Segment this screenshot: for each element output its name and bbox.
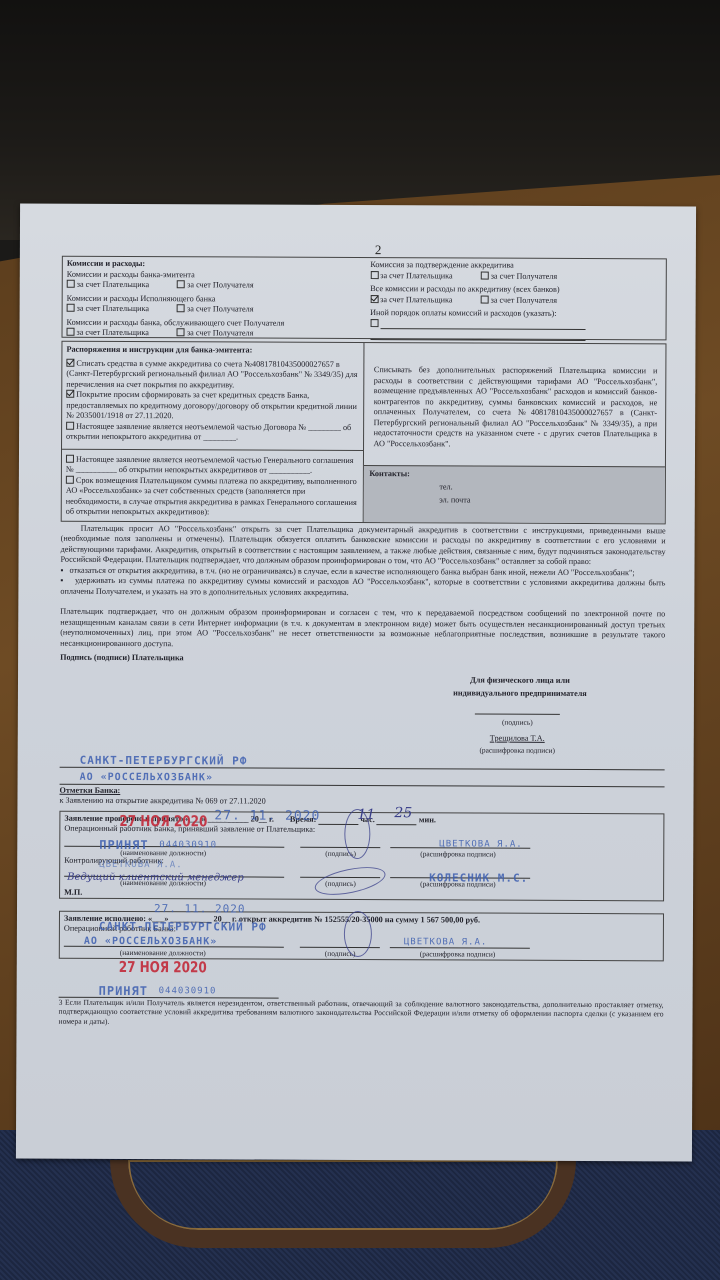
branch-stamp2-line2: АО «РОССЕЛЬХОЗБАНК»	[84, 935, 217, 948]
page-number: 2	[375, 242, 382, 258]
document-content: Комиссии и расходы: Комиссии и расходы б…	[58, 256, 666, 1029]
minutes-label: мин.	[419, 815, 436, 824]
name-stamp-faint: ЦВЕТКОВА Я.А.	[99, 859, 183, 871]
option-label: за счет Плательщика	[77, 328, 149, 337]
commissions-left: Комиссии и расходы: Комиссии и расходы б…	[67, 259, 365, 336]
instruction-text: Настоящее заявление является неотъемлемо…	[66, 421, 351, 441]
checkbox-recipient-bank-recipient[interactable]	[177, 328, 185, 336]
checkbox-instruction-1[interactable]	[66, 358, 74, 366]
operator2-name-stamp: ЦВЕТКОВА Я.А.	[404, 937, 488, 949]
bank-marks-section: Отметки Банка: к Заявлению на открытие а…	[58, 785, 664, 1029]
individual-signature-block: Для физического лица или индивидуального…	[60, 663, 665, 761]
option-label: за счет Получателя	[491, 271, 557, 280]
name-caption: (расшифровка подписи)	[420, 949, 495, 959]
handwritten-date-executed: 27. 11. 2020	[154, 902, 246, 916]
individual-title-line: индивидуального предпринимателя	[450, 688, 590, 699]
auto-debit-text: Списывать без дополнительных распоряжени…	[363, 343, 665, 466]
checkbox-instruction-3[interactable]	[66, 421, 74, 429]
instruction-item-4: Настоящее заявление является неотъемлемо…	[62, 448, 363, 476]
confirmation-paragraph: Плательщик подтверждает, что он должным …	[60, 607, 665, 652]
contacts-title: Контакты:	[369, 469, 659, 481]
branch-stamp2-line1: САНКТ-ПЕТЕРБУРГСКИЙ РФ	[99, 919, 267, 934]
individual-signature-caption: (подпись)	[475, 717, 560, 727]
all-banks-commission: Все комиссии и расходы по аккредитиву (в…	[370, 284, 662, 306]
instruction-item-2: Покрытие просим сформировать за счет кре…	[66, 390, 359, 423]
payer-name-caption: (расшифровка подписи)	[460, 745, 575, 755]
footnote: 3 Если Плательщик и/или Получатель являе…	[58, 997, 663, 1029]
branch-stamp-line1: САНКТ-ПЕТЕРБУРГСКИЙ РФ	[80, 753, 248, 768]
checkbox-issuer-recipient[interactable]	[177, 280, 185, 288]
checkbox-all-banks-recipient[interactable]	[481, 295, 489, 303]
seal-label: М.П.	[64, 887, 82, 898]
bik-stamp-2: 044030910	[159, 986, 217, 998]
individual-title: Для физического лица или индивидуального…	[450, 675, 590, 700]
option-label: за счет Плательщика	[77, 280, 149, 289]
instruction-item-3: Настоящее заявление является неотъемлемо…	[66, 421, 359, 443]
instruction-text: Покрытие просим сформировать за счет кре…	[66, 390, 357, 420]
date-stamp-red: 27 НОЯ 2020	[119, 811, 207, 831]
instruction-text: Списать средства в сумме аккредитива со …	[66, 358, 357, 389]
instruction-text: Срок возмещения Плательщиком суммы плате…	[66, 475, 357, 516]
rights-item-text: отказаться от открытия аккредитива, в т.…	[70, 565, 635, 576]
payer-name: Трещилова Т.А.	[460, 733, 575, 744]
instruction-text: Настоящее заявление является неотъемлемо…	[66, 454, 354, 475]
executing-commission: Комиссии и расходы Исполняющего банка за…	[67, 293, 365, 315]
request-paragraph: Плательщик просит АО "Россельхозбанк" от…	[61, 523, 666, 568]
checkbox-other-commission[interactable]	[370, 319, 378, 327]
option-label: за счет Плательщика	[77, 304, 149, 313]
recipient-bank-commission: Комиссии и расходы банка, обслуживающего…	[66, 317, 364, 339]
accepted-stamp-2: ПРИНЯТ	[99, 983, 148, 999]
instruction-item-1: Списать средства в сумме аккредитива со …	[66, 358, 359, 391]
checkbox-instruction-4[interactable]	[66, 454, 74, 462]
instruction-item-5: Срок возмещения Плательщиком суммы плате…	[66, 475, 359, 518]
rights-item-text: удерживать из суммы платежа по аккредити…	[60, 576, 665, 597]
contacts-box: Контакты: тел. эл. почта	[363, 465, 665, 523]
checkbox-executing-recipient[interactable]	[177, 304, 185, 312]
commissions-right: Комиссия за подтверждение аккредитива за…	[364, 260, 662, 337]
checkbox-confirmation-recipient[interactable]	[481, 271, 489, 279]
handwritten-controller-position: Ведущий клиентский менеджер	[67, 871, 244, 885]
instructions-left: Распоряжения и инструкции для банка-эмит…	[62, 342, 364, 522]
accepted-stamp: ПРИНЯТ	[99, 837, 148, 853]
other-commission-label: Иной порядок оплаты комиссий и расходов …	[370, 308, 662, 320]
checkbox-confirmation-payer[interactable]	[370, 271, 378, 279]
controller-name-stamp: КОЛЕСНИК М.С.	[429, 871, 528, 886]
checkbox-instruction-2[interactable]	[66, 390, 74, 398]
option-label: за счет Получателя	[491, 295, 557, 304]
bag-handle	[110, 1160, 576, 1248]
document-page: 2 Комиссии и расходы: Комиссии и расходы…	[16, 204, 696, 1162]
time-minutes-field[interactable]	[377, 824, 417, 825]
option-label: за счет Плательщика	[380, 271, 452, 280]
position-caption: (наименование должности)	[120, 947, 206, 957]
operator2-signature	[344, 910, 372, 956]
instructions-section: Распоряжения и инструкции для банка-эмит…	[61, 341, 667, 524]
rights-item: ▪ удерживать из суммы платежа по аккреди…	[60, 576, 665, 600]
commissions-title: Комиссии и расходы:	[67, 259, 365, 271]
issuer-commission: Комиссии и расходы банка-эмитента за сче…	[67, 269, 365, 291]
checkbox-issuer-payer[interactable]	[67, 280, 75, 288]
individual-signature-line[interactable]	[475, 713, 560, 714]
option-label: за счет Получателя	[187, 280, 253, 289]
checkbox-executing-payer[interactable]	[67, 304, 75, 312]
other-commission: Иной порядок оплаты комиссий и расходов …	[370, 308, 662, 341]
instructions-title: Распоряжения и инструкции для банка-эмит…	[66, 345, 359, 357]
individual-title-line: Для физического лица или	[450, 675, 590, 686]
contacts-email-label: эл. почта	[439, 495, 659, 506]
other-commission-field-2[interactable]	[370, 339, 585, 341]
rights-list: ▪ отказаться от открытия аккредитива, в …	[60, 565, 665, 599]
instructions-right: Списывать без дополнительных распоряжени…	[363, 343, 665, 523]
checkbox-instruction-5[interactable]	[66, 475, 74, 483]
handwritten-minutes: 25	[394, 805, 412, 823]
option-label: за счет Получателя	[187, 328, 253, 337]
operator-signature	[344, 808, 370, 858]
operator-name-stamp: ЦВЕТКОВА Я.А.	[439, 839, 523, 851]
handwritten-date-checked: 27. 11. 2020	[214, 808, 320, 825]
checkbox-all-banks-payer[interactable]	[370, 295, 378, 303]
date-stamp-red-2: 27 НОЯ 2020	[119, 957, 207, 977]
bik-stamp: 044030910	[159, 840, 217, 852]
option-label: за счет Плательщика	[380, 295, 452, 304]
confirmation-commission: Комиссия за подтверждение аккредитива за…	[370, 260, 662, 282]
commissions-section: Комиссии и расходы: Комиссии и расходы б…	[62, 256, 667, 341]
checkbox-recipient-bank-payer[interactable]	[67, 328, 75, 336]
option-label: за счет Получателя	[187, 304, 253, 313]
contacts-phone-label: тел.	[439, 482, 659, 493]
branch-stamp-line2: АО «РОССЕЛЬХОЗБАНК»	[80, 771, 213, 784]
